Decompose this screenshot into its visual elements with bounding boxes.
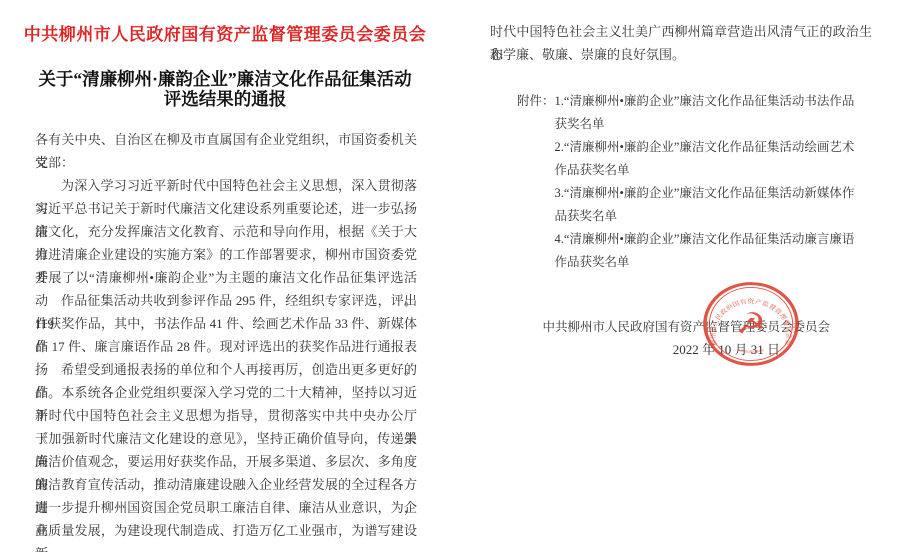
- body-text-line: 品 17 件、廉言廉语作品 28 件。现对评选出的获奖作品进行通报表扬。: [35, 335, 417, 358]
- official-red-seal: 中共柳州市人民政府国有资产监督管理委员会委员会 ☭ 4502020039902: [702, 281, 800, 367]
- attachments-list: 1.“清廉柳州•廉韵企业”廉洁文化作品征集活动书法作品获奖名单2.“清廉柳州•廉…: [555, 90, 885, 274]
- document-page-2: 时代中国特色社会主义壮美广西柳州篇章营造出风清气正的政治生态和学廉、敬廉、崇廉的…: [450, 0, 900, 552]
- attachment-item-line: 3.“清廉柳州•廉韵企业”廉洁文化作品征集活动新媒体作: [555, 182, 885, 205]
- attachment-item-line: 作品获奖名单: [555, 251, 885, 274]
- body-text-line: 品。本系统各企业党组织要深入学习党的二十大精神，坚持以习近平: [35, 381, 417, 404]
- body-text-page-2: 时代中国特色社会主义壮美广西柳州篇章营造出风清气正的政治生态和学廉、敬廉、崇廉的…: [490, 20, 872, 66]
- body-text-line: 推进清廉企业建设的实施方案》的工作部署要求，柳州市国资委党委: [35, 243, 417, 266]
- body-text-line: 洁文化，充分发挥廉洁文化教育、示范和导向作用，根据《关于大力: [35, 220, 417, 243]
- body-text-line: 支部：: [35, 151, 417, 174]
- body-text-line: 件获奖作品，其中，书法作品 41 件、绘画艺术作品 33 件、新媒体作: [35, 312, 417, 335]
- body-text-line: 为深入学习习近平新时代中国特色社会主义思想，深入贯彻落实: [35, 174, 417, 197]
- attachments-label: 附件：: [517, 90, 555, 274]
- body-text-page-1: 各有关中央、自治区在柳及市直属国有企业党组织，市国资委机关党支部：为深入学习习近…: [35, 128, 417, 542]
- body-text-line: 各有关中央、自治区在柳及市直属国有企业党组织，市国资委机关党: [35, 128, 417, 151]
- body-text-line: 开展了以“清廉柳州•廉韵企业”为主题的廉洁文化作品征集评选活动。: [35, 266, 417, 289]
- hammer-sickle-icon: ☭: [736, 307, 766, 341]
- body-text-line: 作品征集活动共收到参评作品 295 件，经组织专家评选，评出 119: [35, 289, 417, 312]
- body-text-line: 高质量发展，为建设现代制造成、打造万亿工业强市，为谱写建设新: [35, 519, 417, 542]
- attachment-item-line: 作品获奖名单: [555, 159, 885, 182]
- body-text-line: 于加强新时代廉洁文化建设的意见》，坚持正确价值导向，传递崇尚: [35, 427, 417, 450]
- body-text-line: 希望受到通报表扬的单位和个人再接再厉，创造出更多更好的作: [35, 358, 417, 381]
- body-text-line: 新时代中国特色社会主义思想为指导，贯彻落实中共中央办公厅《关: [35, 404, 417, 427]
- body-text-line: 和学廉、敬廉、崇廉的良好氛围。: [490, 43, 872, 66]
- seal-code: 4502020039902: [737, 348, 764, 354]
- document-page-1: 中共柳州市人民政府国有资产监督管理委员会委员会 关于“清廉柳州·廉韵企业”廉洁文…: [0, 0, 450, 552]
- document-title-line: 评选结果的通报: [0, 89, 450, 109]
- document-viewer: 中共柳州市人民政府国有资产监督管理委员会委员会 关于“清廉柳州·廉韵企业”廉洁文…: [0, 0, 900, 552]
- body-text-line: 时代中国特色社会主义壮美广西柳州篇章营造出风清气正的政治生态: [490, 20, 872, 43]
- letterhead-org-name: 中共柳州市人民政府国有资产监督管理委员会委员会: [0, 24, 450, 46]
- document-title-line: 关于“清廉柳州·廉韵企业”廉洁文化作品征集活动: [0, 69, 450, 89]
- attachment-item-line: 4.“清廉柳州•廉韵企业”廉洁文化作品征集活动廉言廉语: [555, 228, 885, 251]
- body-text-line: 廉洁价值观念，要运用好获奖作品，开展多渠道、多层次、多角度的: [35, 450, 417, 473]
- attachment-item-line: 2.“清廉柳州•廉韵企业”廉洁文化作品征集活动绘画艺术: [555, 136, 885, 159]
- body-text-line: 习近平总书记关于新时代廉洁文化建设系列重要论述，进一步弘扬廉: [35, 197, 417, 220]
- attachments-section: 附件： 1.“清廉柳州•廉韵企业”廉洁文化作品征集活动书法作品获奖名单2.“清廉…: [490, 90, 885, 274]
- attachment-item-line: 获奖名单: [555, 113, 885, 136]
- body-text-line: 进一步提升柳州国资国企党员职工廉洁自律、廉洁从业意识，为企业: [35, 496, 417, 519]
- body-text-line: 廉洁教育宣传活动，推动清廉建设融入企业经营发展的全过程各方面，: [35, 473, 417, 496]
- document-title: 关于“清廉柳州·廉韵企业”廉洁文化作品征集活动评选结果的通报: [0, 69, 450, 109]
- attachment-item-line: 1.“清廉柳州•廉韵企业”廉洁文化作品征集活动书法作品: [555, 90, 885, 113]
- attachment-item-line: 品获奖名单: [555, 205, 885, 228]
